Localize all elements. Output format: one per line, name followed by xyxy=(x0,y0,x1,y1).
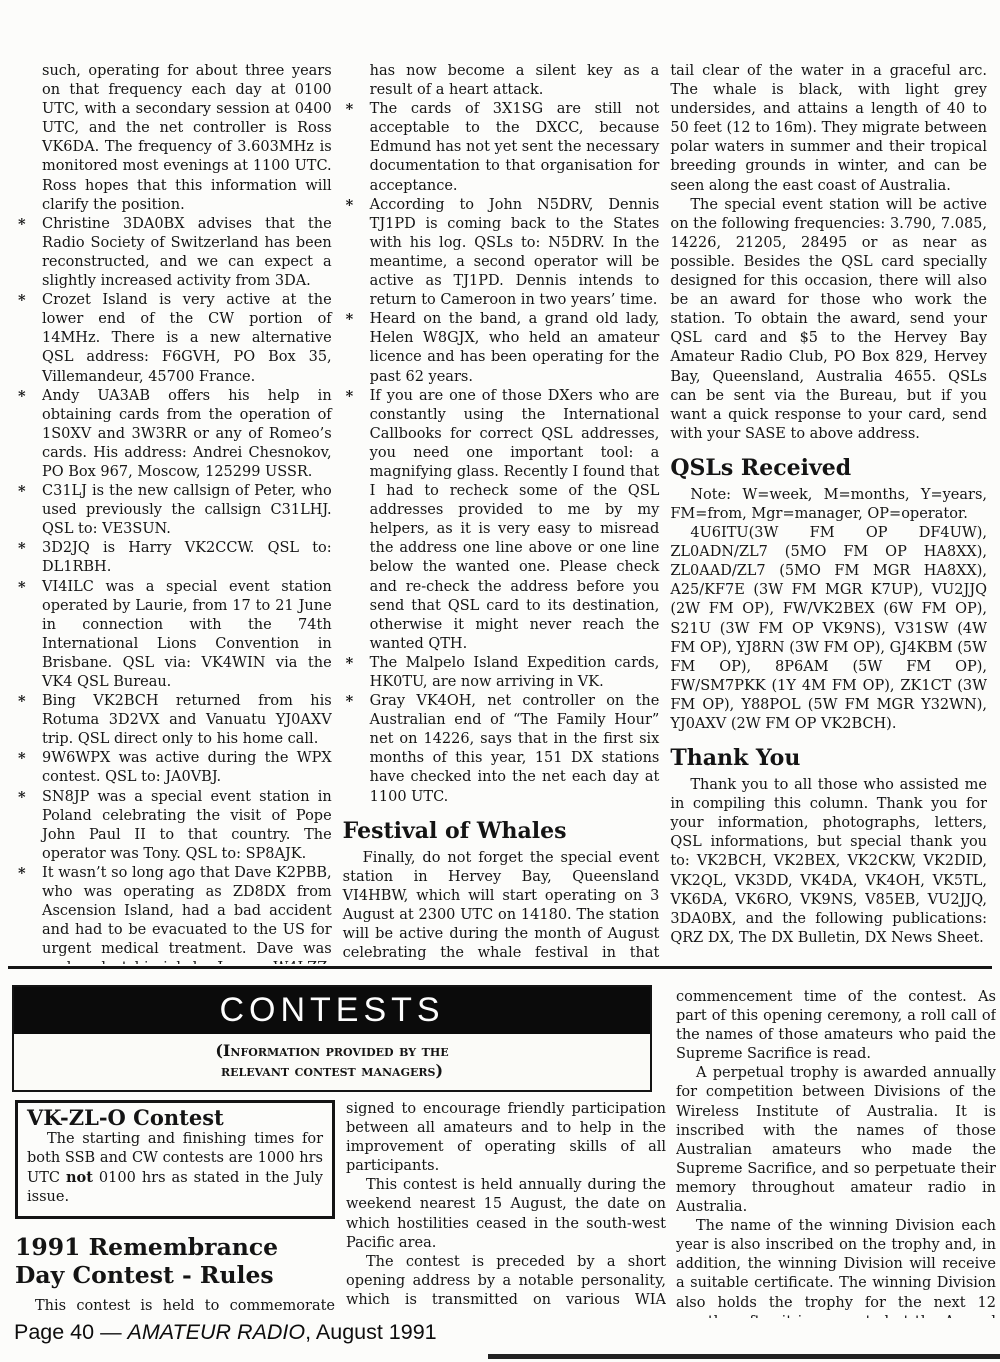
contests-subtitle-line1: (Information provided by the xyxy=(24,1041,640,1061)
list-item: *VI4ILC was a special event station oper… xyxy=(15,578,332,693)
bullet-asterisk: * xyxy=(18,215,26,234)
section-heading-festival-of-whales: Festival of Whales xyxy=(343,818,660,844)
bullet-asterisk: * xyxy=(18,387,26,406)
bullet-asterisk: * xyxy=(18,864,26,883)
list-item: *Christine 3DA0BX advises that the Radio… xyxy=(15,215,332,291)
bullet-asterisk: * xyxy=(18,788,26,807)
contests-title: CONTESTS xyxy=(219,991,444,1030)
bullet-asterisk: * xyxy=(346,654,354,673)
contests-subtitle-line2: relevant contest managers) xyxy=(24,1061,640,1081)
paragraph: The starting and finishing times for bot… xyxy=(27,1130,323,1207)
scan-edge-bar xyxy=(488,1354,1000,1359)
bullet-asterisk: * xyxy=(18,539,26,558)
bold-not: not xyxy=(66,1169,93,1186)
paragraph: signed to encourage friendly participati… xyxy=(346,1100,666,1176)
list-item: *The cards of 3X1SG are still not accept… xyxy=(343,100,660,195)
list-item: *Heard on the band, a grand old lady, He… xyxy=(343,310,660,386)
dx-column-left: such, operating for about three years on… xyxy=(15,62,332,964)
section-heading-thank-you: Thank You xyxy=(670,745,987,771)
page-footer: Page 40 — AMATEUR RADIO, August 1991 xyxy=(14,1320,437,1345)
section-heading-remembrance-day: 1991 Remembrance Day Contest - Rules xyxy=(15,1233,335,1289)
paragraph: such, operating for about three years on… xyxy=(15,62,332,215)
paragraph: Finally, do not forget the special event… xyxy=(343,849,660,964)
dx-column-middle: has now become a silent key as a result … xyxy=(343,62,660,964)
paragraph: The special event station will be active… xyxy=(670,196,987,444)
bullet-asterisk: * xyxy=(18,291,26,310)
horizontal-rule xyxy=(8,966,992,969)
paragraph: The contest is preceded by a short openi… xyxy=(346,1253,666,1312)
bullet-asterisk: * xyxy=(346,100,354,119)
contest-column-right: commencement time of the contest. As par… xyxy=(676,988,996,1318)
qsls-note: Note: W=week, M=months, Y=years, FM=from… xyxy=(670,486,987,524)
bullet-asterisk: * xyxy=(18,749,26,768)
paragraph: tail clear of the water in a graceful ar… xyxy=(670,62,987,196)
bullet-asterisk: * xyxy=(346,196,354,215)
footer-page-number: Page 40 — xyxy=(14,1320,128,1344)
list-item: *The Malpelo Island Expedition cards, HK… xyxy=(343,654,660,692)
list-item: *Bing VK2BCH returned from his Rotuma 3D… xyxy=(15,692,332,749)
bullet-asterisk: * xyxy=(346,692,354,711)
bullet-asterisk: * xyxy=(346,310,354,329)
paragraph: This contest is held to commemorate thos… xyxy=(15,1297,335,1312)
list-item: *9W6WPX was active during the WPX contes… xyxy=(15,749,332,787)
contest-column-middle: signed to encourage friendly participati… xyxy=(346,1100,666,1312)
contests-subtitle: (Information provided by the relevant co… xyxy=(14,1034,650,1090)
contest-columns: VK-ZL-O Contest The starting and finishi… xyxy=(15,1100,666,1312)
dx-column-right: tail clear of the water in a graceful ar… xyxy=(670,62,987,964)
contest-column-left: VK-ZL-O Contest The starting and finishi… xyxy=(15,1100,335,1312)
qsls-list: 4U6ITU(3W FM OP DF4UW), ZL0ADN/ZL7 (5MO … xyxy=(670,524,987,734)
section-heading-vkzlo-contest: VK-ZL-O Contest xyxy=(27,1108,323,1127)
list-item: *3D2JQ is Harry VK2CCW. QSL to: DL1RBH. xyxy=(15,539,332,577)
paragraph: Thank you to all those who assisted me i… xyxy=(670,776,987,948)
contests-header-box: CONTESTS (Information provided by the re… xyxy=(12,985,652,1092)
contests-title-bar: CONTESTS xyxy=(14,987,650,1034)
paragraph: commencement time of the contest. As par… xyxy=(676,988,996,1064)
list-item: *Gray VK4OH, net controller on the Austr… xyxy=(343,692,660,807)
footer-magazine-title: AMATEUR RADIO xyxy=(128,1320,306,1344)
list-item: *C31LJ is the new callsign of Peter, who… xyxy=(15,482,332,539)
list-item: *Crozet Island is very active at the low… xyxy=(15,291,332,386)
paragraph: has now become a silent key as a result … xyxy=(343,62,660,100)
paragraph: This contest is held annually during the… xyxy=(346,1176,666,1252)
list-item: *Andy UA3AB offers his help in obtaining… xyxy=(15,387,332,482)
magazine-page: such, operating for about three years on… xyxy=(0,0,1000,1362)
bullet-asterisk: * xyxy=(18,578,26,597)
paragraph: The name of the winning Division each ye… xyxy=(676,1217,996,1318)
footer-issue-date: , August 1991 xyxy=(305,1320,437,1344)
dx-columns: such, operating for about three years on… xyxy=(15,62,987,964)
bullet-asterisk: * xyxy=(18,692,26,711)
list-item: *If you are one of those DXers who are c… xyxy=(343,387,660,654)
list-item: *It wasn’t so long ago that Dave K2PBB, … xyxy=(15,864,332,964)
bullet-asterisk: * xyxy=(18,482,26,501)
section-heading-qsls-received: QSLs Received xyxy=(670,455,987,481)
vkzlo-contest-box: VK-ZL-O Contest The starting and finishi… xyxy=(15,1100,335,1219)
list-item: *SN8JP was a special event station in Po… xyxy=(15,788,332,864)
bullet-asterisk: * xyxy=(346,387,354,406)
list-item: *According to John N5DRV, Dennis TJ1PD i… xyxy=(343,196,660,311)
paragraph: A perpetual trophy is awarded annually f… xyxy=(676,1064,996,1217)
